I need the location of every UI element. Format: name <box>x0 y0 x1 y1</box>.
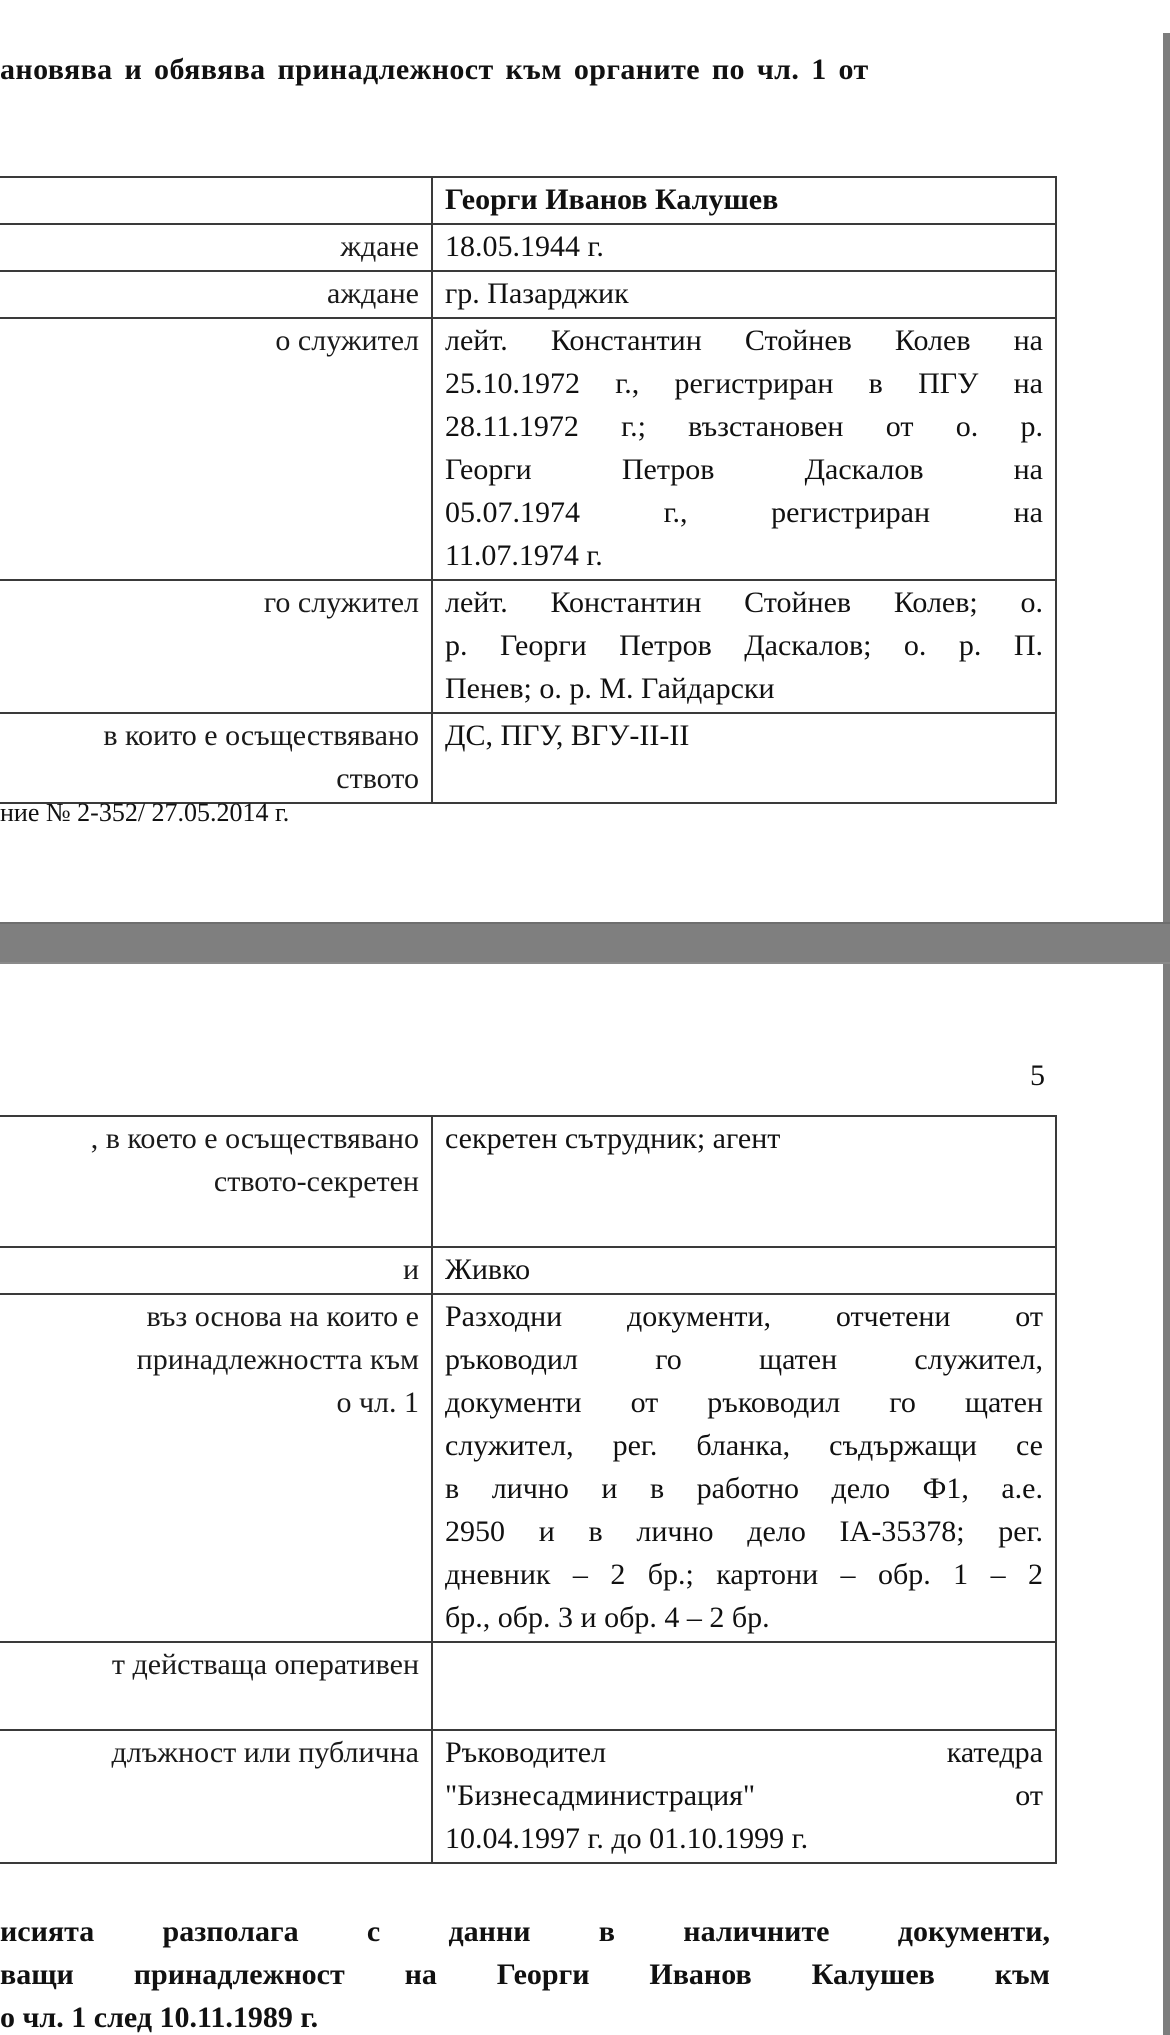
table-row: и Живко <box>0 1247 1056 1294</box>
handling-officers: лейт. Константин Стойнев Колев; о. р. Ге… <box>432 580 1056 713</box>
birth-date: 18.05.1944 г. <box>432 224 1056 271</box>
row-label: го служител <box>0 581 419 624</box>
row-label: ждане <box>0 225 419 268</box>
table-row: го служител лейт. Константин Стойнев Кол… <box>0 580 1056 713</box>
table-row: ждане 18.05.1944 г. <box>0 224 1056 271</box>
table-row: т действаща оперативен <box>0 1642 1056 1730</box>
birth-place: гр. Пазарджик <box>432 271 1056 318</box>
table-row: длъжност или публична Ръководител катедр… <box>0 1730 1056 1863</box>
code-name: Живко <box>432 1247 1056 1294</box>
table-row: въз основа на които е принадлежността къ… <box>0 1294 1056 1642</box>
page-edge <box>1163 964 1170 2035</box>
conclusion-paragraph: исията разполага с данни в наличните док… <box>0 1910 1050 2035</box>
table-row: , в което е осъществявано ството-секрете… <box>0 1116 1056 1247</box>
row-label: , в което е осъществявано <box>4 1117 419 1160</box>
personal-data-table: Георги Иванов Калушев ждане 18.05.1944 г… <box>0 176 1057 804</box>
page-edge <box>1163 33 1170 922</box>
structures: ДС, ПГУ, ВГУ-II-II <box>432 713 1056 803</box>
person-name: Георги Иванов Калушев <box>432 177 1056 224</box>
page-separator <box>0 922 1170 964</box>
table-row: в които е осъществявано ството ДС, ПГУ, … <box>0 713 1056 803</box>
decision-footnote: ние № 2-352/ 27.05.2014 г. <box>0 795 289 831</box>
page-number: 5 <box>1030 1056 1045 1096</box>
table-row: о служител лейт. Константин Стойнев Коле… <box>0 318 1056 580</box>
row-label: о служител <box>0 319 419 362</box>
row-label <box>0 177 432 224</box>
table-row: аждане гр. Пазарджик <box>0 271 1056 318</box>
public-position: Ръководител катедра "Бизнесадминистрация… <box>432 1730 1056 1863</box>
row-label: аждане <box>0 272 419 315</box>
table-row: Георги Иванов Калушев <box>0 177 1056 224</box>
collaboration-type: секретен сътрудник; агент <box>432 1116 1056 1247</box>
row-label: т действаща оперативен <box>4 1643 419 1686</box>
document-page-4: ановява и обявява принадлежност към орга… <box>0 0 1163 922</box>
section-heading: ановява и обявява принадлежност към орга… <box>0 48 1050 91</box>
collaboration-table: , в което е осъществявано ството-секрете… <box>0 1115 1057 1864</box>
row-label: длъжност или публична <box>4 1731 419 1774</box>
row-label: и <box>0 1248 419 1291</box>
recruiting-officer: лейт. Константин Стойнев Колев на 25.10.… <box>432 318 1056 580</box>
source-documents: Разходни документи, отчетени от ръководи… <box>432 1294 1056 1642</box>
row-label: в които е осъществявано <box>4 714 419 757</box>
row-label: въз основа на които е <box>4 1295 419 1338</box>
operative-status <box>432 1642 1056 1730</box>
